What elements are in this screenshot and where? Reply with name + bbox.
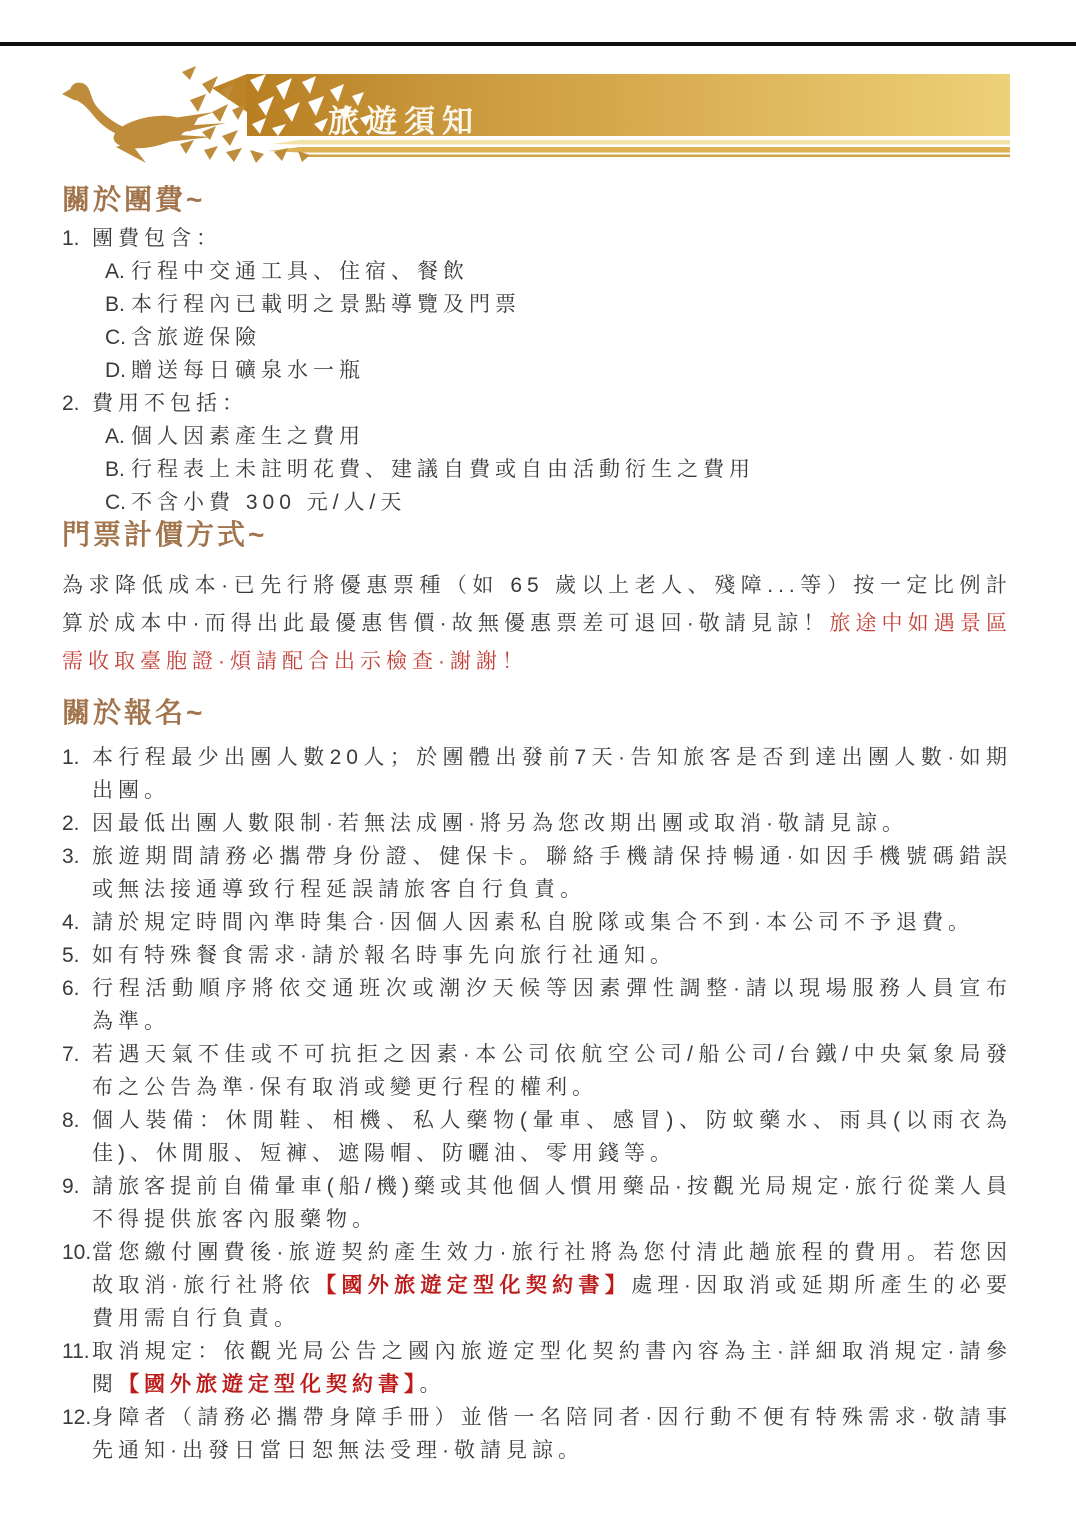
item-number: 6. (62, 972, 92, 1005)
fees-subitem: B. 本行程內已載明之景點導覽及門票 (105, 288, 1012, 321)
section-heading-ticket: 門票計價方式~ (62, 519, 1076, 551)
signup-item: 1. 本行程最少出團人數20人；於團體出發前7天·告知旅客是否到達出團人數·如期… (62, 741, 1012, 807)
top-rule (0, 42, 1076, 46)
subitem-letter: C. (105, 321, 131, 354)
item-number: 2. (62, 387, 92, 420)
item-number: 10. (62, 1236, 92, 1269)
item-number: 5. (62, 939, 92, 972)
fees-subitem: D. 贈送每日礦泉水一瓶 (105, 354, 1012, 387)
contract-reference: 【國外旅遊定型化契約書】 (315, 1274, 631, 1297)
subitem-text: 本行程內已載明之景點導覽及門票 (131, 288, 1012, 321)
item-number: 1. (62, 741, 92, 774)
page-title: 旅遊須知 (328, 96, 480, 141)
item-text: 當您繳付團費後·旅遊契約產生效力·旅行社將為您付清此趟旅程的費用。若您因故取消·… (92, 1236, 1012, 1335)
fees-subitem: C. 含旅遊保險 (105, 321, 1012, 354)
signup-item: 7. 若遇天氣不佳或不可抗拒之因素·本公司依航空公司/船公司/台鐵/中央氣象局發… (62, 1038, 1012, 1104)
item-number: 12. (62, 1401, 92, 1434)
subitem-text: 行程表上未註明花費、建議自費或自由活動衍生之費用 (131, 453, 1012, 486)
fees-item: 2. 費用不包括： (62, 387, 1012, 420)
subitem-letter: A. (105, 420, 131, 453)
signup-item: 10. 當您繳付團費後·旅遊契約產生效力·旅行社將為您付清此趟旅程的費用。若您因… (62, 1236, 1012, 1335)
fees-subitem: C. 不含小費 300 元/人/天 (105, 486, 1012, 519)
item-text: 如有特殊餐食需求·請於報名時事先向旅行社通知。 (92, 939, 1012, 972)
fees-item: 1. 團費包含： (62, 222, 1012, 255)
subitem-letter: D. (105, 354, 131, 387)
subitem-text: 贈送每日礦泉水一瓶 (131, 354, 1012, 387)
item-text: 身障者（請務必攜帶身障手冊）並偕一名陪同者·因行動不便有特殊需求·敬請事先通知·… (92, 1401, 1012, 1467)
item-text: 因最低出團人數限制·若無法成團·將另為您改期出團或取消·敬請見諒。 (92, 807, 1012, 840)
section-heading-signup: 關於報名~ (62, 697, 1076, 729)
item-text: 本行程最少出團人數20人；於團體出發前7天·告知旅客是否到達出團人數·如期出團。 (92, 741, 1012, 807)
item-number: 8. (62, 1104, 92, 1137)
item-text: 個人裝備：休閒鞋、相機、私人藥物(暈車、感冒)、防蚊藥水、雨具(以雨衣為佳)、休… (92, 1104, 1012, 1170)
item-text: 旅遊期間請務必攜帶身份證、健保卡。聯絡手機請保持暢通·如因手機號碼錯誤或無法接通… (92, 840, 1012, 906)
subitem-text: 個人因素產生之費用 (131, 420, 1012, 453)
signup-item: 11. 取消規定：依觀光局公告之國內旅遊定型化契約書內容為主·詳細取消規定·請參… (62, 1335, 1012, 1401)
subitem-text: 含旅遊保險 (131, 321, 1012, 354)
ticket-paragraph: 為求降低成本·已先行將優惠票種（如 65 歲以上老人、殘障...等）按一定比例計… (62, 567, 1012, 681)
item-number: 1. (62, 222, 92, 255)
bird-logo (62, 83, 226, 163)
subitem-letter: B. (105, 288, 131, 321)
item-text: 請於規定時間內準時集合·因個人因素私自脫隊或集合不到·本公司不予退費。 (92, 906, 1012, 939)
signup-item: 6. 行程活動順序將依交通班次或潮汐天候等因素彈性調整·請以現場服務人員宣布為準… (62, 972, 1012, 1038)
section-heading-fees: 關於團費~ (62, 184, 1076, 216)
fees-subitem: A. 行程中交通工具、住宿、餐飲 (105, 255, 1012, 288)
item-number: 11. (62, 1335, 92, 1368)
subitem-letter: C. (105, 486, 131, 519)
item-text: 行程活動順序將依交通班次或潮汐天候等因素彈性調整·請以現場服務人員宣布為準。 (92, 972, 1012, 1038)
contract-reference: 【國外旅遊定型化契約書】 (118, 1373, 420, 1396)
signup-list: 1. 本行程最少出團人數20人；於團體出發前7天·告知旅客是否到達出團人數·如期… (62, 741, 1012, 1467)
subitem-text: 行程中交通工具、住宿、餐飲 (131, 255, 1012, 288)
signup-item: 3. 旅遊期間請務必攜帶身份證、健保卡。聯絡手機請保持暢通·如因手機號碼錯誤或無… (62, 840, 1012, 906)
item-text: 若遇天氣不佳或不可抗拒之因素·本公司依航空公司/船公司/台鐵/中央氣象局發布之公… (92, 1038, 1012, 1104)
item-text: 費用不包括： (92, 387, 1012, 420)
fees-subitem: A. 個人因素產生之費用 (105, 420, 1012, 453)
signup-item: 2. 因最低出團人數限制·若無法成團·將另為您改期出團或取消·敬請見諒。 (62, 807, 1012, 840)
item-number: 2. (62, 807, 92, 840)
signup-item: 9. 請旅客提前自備暈車(船/機)藥或其他個人慣用藥品·按觀光局規定·旅行從業人… (62, 1170, 1012, 1236)
item-text: 團費包含： (92, 222, 1012, 255)
signup-item: 8. 個人裝備：休閒鞋、相機、私人藥物(暈車、感冒)、防蚊藥水、雨具(以雨衣為佳… (62, 1104, 1012, 1170)
fees-subitem: B. 行程表上未註明花費、建議自費或自由活動衍生之費用 (105, 453, 1012, 486)
signup-item: 12. 身障者（請務必攜帶身障手冊）並偕一名陪同者·因行動不便有特殊需求·敬請事… (62, 1401, 1012, 1467)
item-number: 4. (62, 906, 92, 939)
fees-list: 1. 團費包含： A. 行程中交通工具、住宿、餐飲 B. 本行程內已載明之景點導… (62, 222, 1012, 519)
subitem-letter: B. (105, 453, 131, 486)
item-text: 取消規定：依觀光局公告之國內旅遊定型化契約書內容為主·詳細取消規定·請參閱【國外… (92, 1335, 1012, 1401)
subitem-text: 不含小費 300 元/人/天 (131, 486, 1012, 519)
signup-item: 4. 請於規定時間內準時集合·因個人因素私自脫隊或集合不到·本公司不予退費。 (62, 906, 1012, 939)
header-banner: 旅遊須知 (62, 66, 1010, 166)
banner-graphic (62, 66, 1010, 166)
signup-item: 5. 如有特殊餐食需求·請於報名時事先向旅行社通知。 (62, 939, 1012, 972)
item-number: 3. (62, 840, 92, 873)
item-number: 9. (62, 1170, 92, 1203)
subitem-letter: A. (105, 255, 131, 288)
item-number: 7. (62, 1038, 92, 1071)
item-text: 請旅客提前自備暈車(船/機)藥或其他個人慣用藥品·按觀光局規定·旅行從業人員不得… (92, 1170, 1012, 1236)
